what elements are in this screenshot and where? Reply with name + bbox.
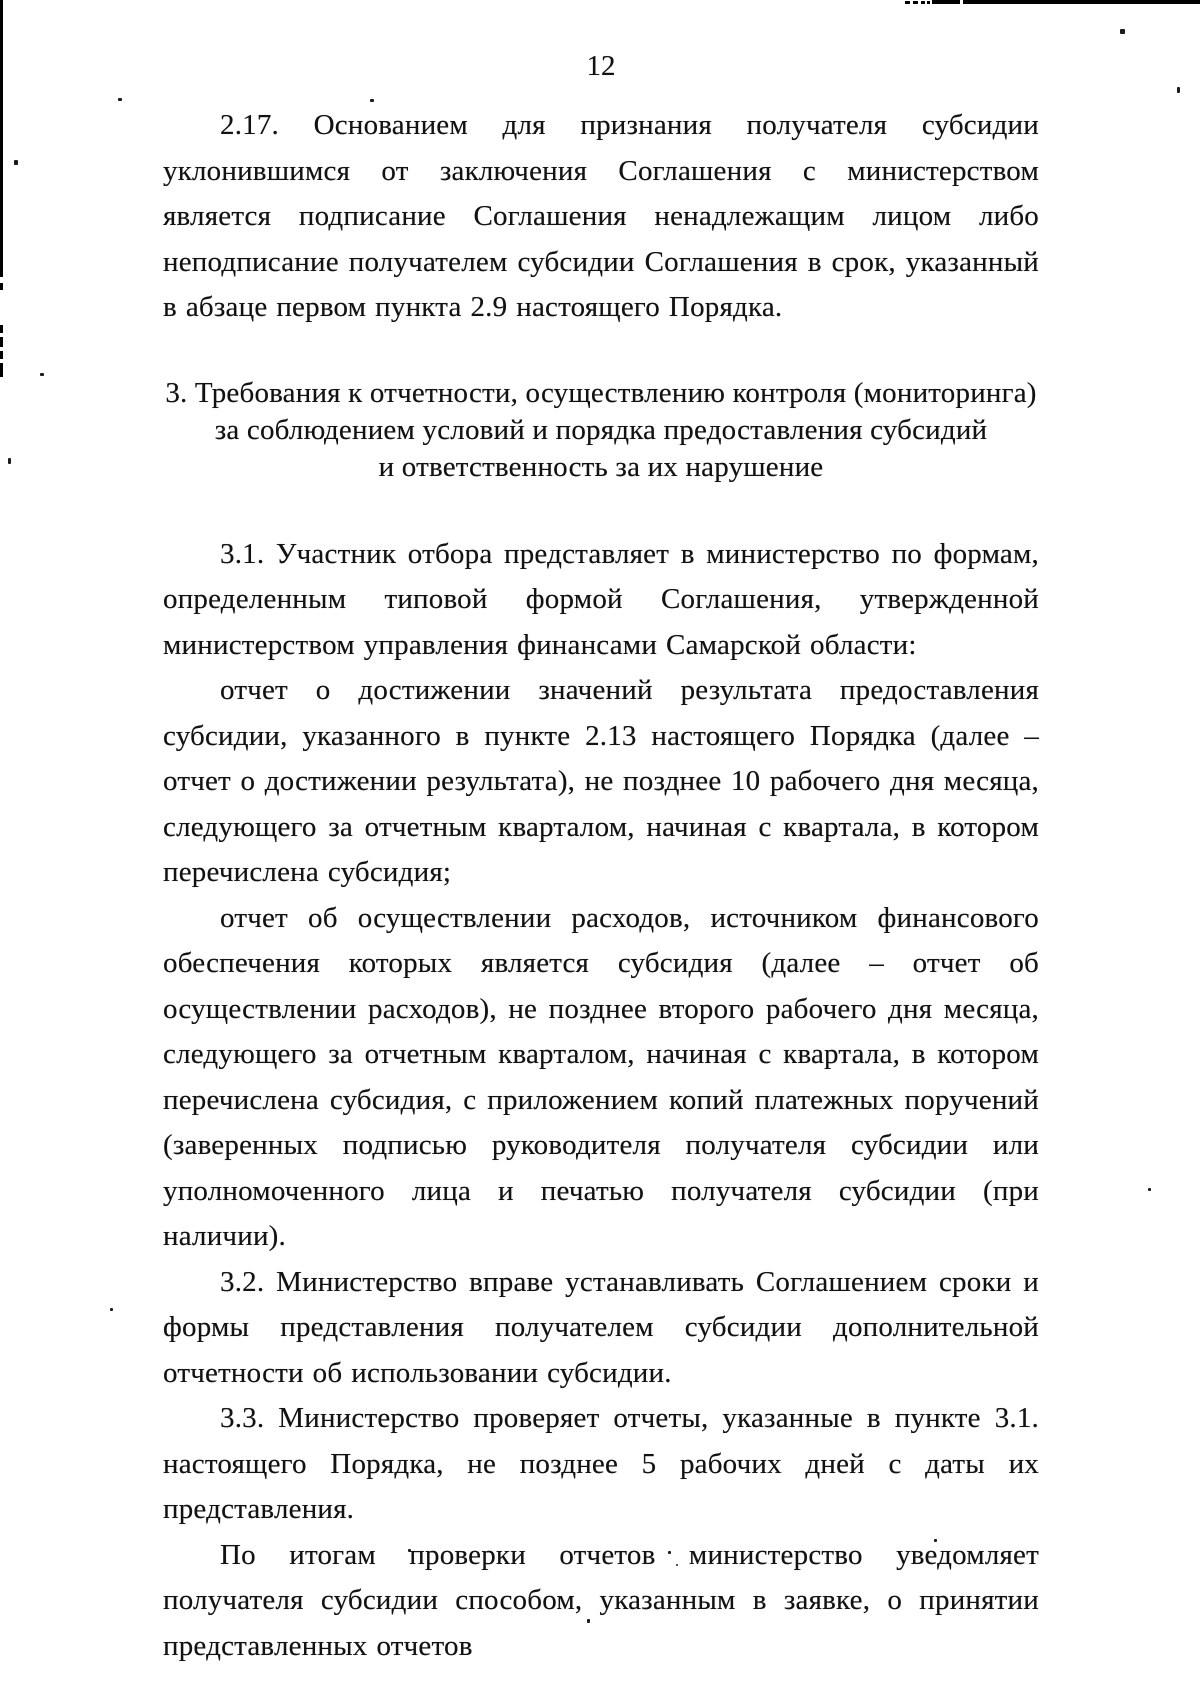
scan-speck xyxy=(110,1308,113,1311)
paragraph-2-17: 2.17. Основанием для признания получател… xyxy=(163,103,1039,331)
scan-artifact-left-edge-line xyxy=(0,0,3,277)
scan-speck xyxy=(14,160,18,165)
page-number: 12 xyxy=(163,44,1039,89)
scan-artifact-left-dash xyxy=(0,325,3,333)
scan-artifact-left-dash xyxy=(0,351,3,359)
section-3-heading-line-3: и ответственность за их нарушение xyxy=(163,449,1039,486)
scan-speck xyxy=(1177,87,1180,93)
paragraph-3-1: 3.1. Участник отбора представляет в мини… xyxy=(163,532,1039,669)
section-3-heading-line-2: за соблюдением условий и порядка предост… xyxy=(163,412,1039,449)
scan-speck xyxy=(8,458,11,464)
scan-speck xyxy=(118,98,122,101)
scan-artifact-left-dash xyxy=(0,363,3,377)
section-3-body: 3.1. Участник отбора представляет в мини… xyxy=(163,532,1039,1670)
scanned-document-page: 12 2.17. Основанием для признания получа… xyxy=(0,0,1200,1697)
section-3-heading-line-1: 3. Требования к отчетности, осуществлени… xyxy=(163,375,1039,412)
scan-speck xyxy=(40,373,44,376)
paragraph-report-expenses: отчет об осуществлении расходов, источни… xyxy=(163,896,1039,1260)
paragraph-3-2: 3.2. Министерство вправе устанавливать С… xyxy=(163,1260,1039,1397)
document-text-column: 12 2.17. Основанием для признания получа… xyxy=(163,0,1039,1669)
scan-artifact-left-dash xyxy=(0,337,3,347)
paragraph-check-results: По итогам проверки отчетов министерство … xyxy=(163,1533,1039,1670)
scan-speck xyxy=(1120,29,1125,34)
scan-speck xyxy=(1148,1188,1151,1191)
scan-artifact-left-dash xyxy=(0,283,3,290)
section-3-heading: 3. Требования к отчетности, осуществлени… xyxy=(163,375,1039,486)
paragraph-3-3: 3.3. Министерство проверяет отчеты, указ… xyxy=(163,1396,1039,1533)
paragraph-report-result: отчет о достижении значений результата п… xyxy=(163,668,1039,896)
